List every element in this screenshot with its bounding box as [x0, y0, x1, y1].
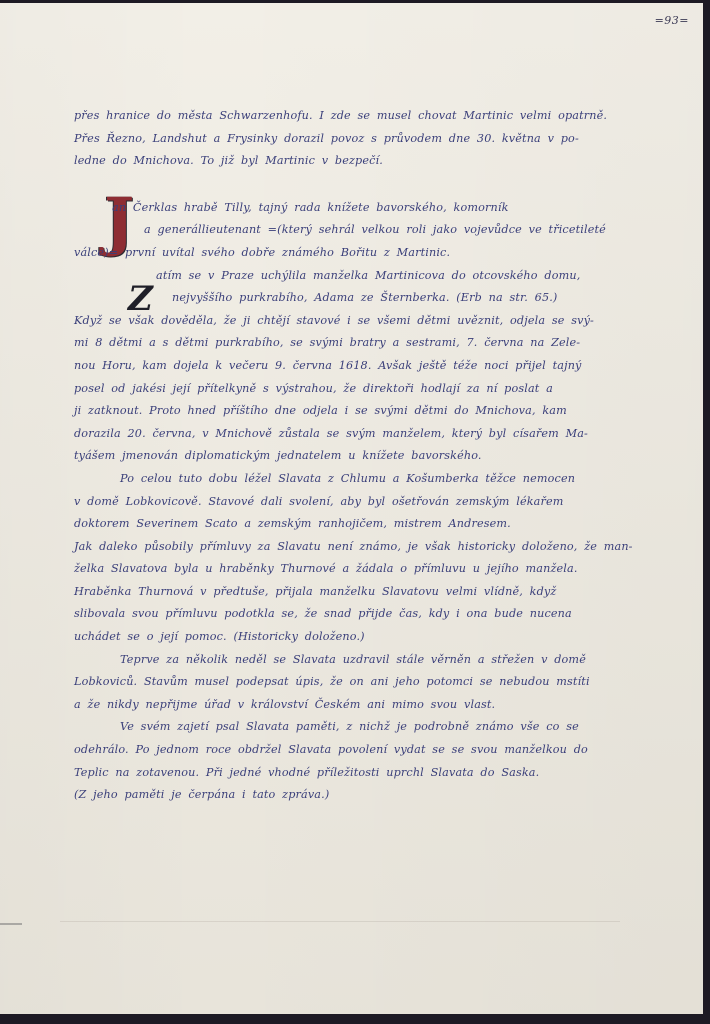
- faint-ruled-line: [60, 921, 620, 922]
- text-line: želka Slavatova byla u hraběnky Thurnové…: [74, 558, 614, 581]
- scanned-page-frame: =93= J Z přes hranice do města Schwarzen…: [0, 0, 710, 1024]
- text-line: Když se však dověděla, že ji chtějí stav…: [74, 310, 614, 333]
- text-line: Hraběnka Thurnová v předtuše, přijala ma…: [74, 581, 614, 604]
- text-line: doktorem Severinem Scato a zemským ranho…: [74, 513, 614, 536]
- page-number: =93=: [655, 14, 689, 27]
- text-line: Teplic na zotavenou. Při jedné vhodné př…: [74, 762, 614, 785]
- text-line: (Z jeho paměti je čerpána i tato zpráva.…: [74, 784, 614, 807]
- paragraph-gap: [74, 173, 614, 197]
- text-line: přes hranice do města Schwarzenhofu. I z…: [74, 105, 614, 128]
- text-line: odehrálo. Po jednom roce obdržel Slavata…: [74, 739, 614, 762]
- text-line: a že nikdy nepřijme úřad v království Če…: [74, 694, 614, 717]
- text-line: ji zatknout. Proto hned příštího dne odj…: [74, 400, 614, 423]
- text-line: posel od jakési její přítelkyně s výstra…: [74, 378, 614, 401]
- text-line-initial-j: an Čerklas hrabě Tilly, tajný rada kníže…: [74, 197, 614, 220]
- text-line: Teprve za několik neděl se Slavata uzdra…: [74, 649, 614, 672]
- handwritten-text-block: přes hranice do města Schwarzenhofu. I z…: [74, 105, 614, 807]
- text-line: Po celou tuto dobu léžel Slavata z Chlum…: [74, 468, 614, 491]
- text-line: válce)= první uvítal svého dobře známého…: [74, 242, 614, 265]
- text-line: Lobkoviců. Stavům musel podepsat úpis, ž…: [74, 671, 614, 694]
- text-line: ledne do Mnichova. To již byl Martinic v…: [74, 150, 614, 173]
- text-line: tyášem jmenován diplomatickým jednatelem…: [74, 445, 614, 468]
- text-line: Přes Řezno, Landshut a Frysinky dorazil …: [74, 128, 614, 151]
- text-line: mi 8 dětmi a s dětmi purkrabího, se svým…: [74, 332, 614, 355]
- text-line: nejvyššího purkrabího, Adama ze Šternber…: [74, 287, 614, 310]
- text-line-initial-z: atím se v Praze uchýlila manželka Martin…: [74, 265, 614, 288]
- text-line: Jak daleko působily přímluvy za Slavatu …: [74, 536, 614, 559]
- text-line: nou Horu, kam dojela k večeru 9. června …: [74, 355, 614, 378]
- manuscript-page: =93= J Z přes hranice do města Schwarzen…: [0, 3, 703, 1014]
- text-line: a generállieutenant =(který sehrál velko…: [74, 219, 614, 242]
- text-line: Ve svém zajetí psal Slavata paměti, z ni…: [74, 716, 614, 739]
- text-line: dorazila 20. června, v Mnichově zůstala …: [74, 423, 614, 446]
- paper-edge-mark: [0, 923, 22, 925]
- text-line: v domě Lobkovicově. Stavové dali svolení…: [74, 491, 614, 514]
- text-line: slibovala svou přímluvu podotkla se, že …: [74, 603, 614, 626]
- text-line: uchádet se o její pomoc. (Historicky dol…: [74, 626, 614, 649]
